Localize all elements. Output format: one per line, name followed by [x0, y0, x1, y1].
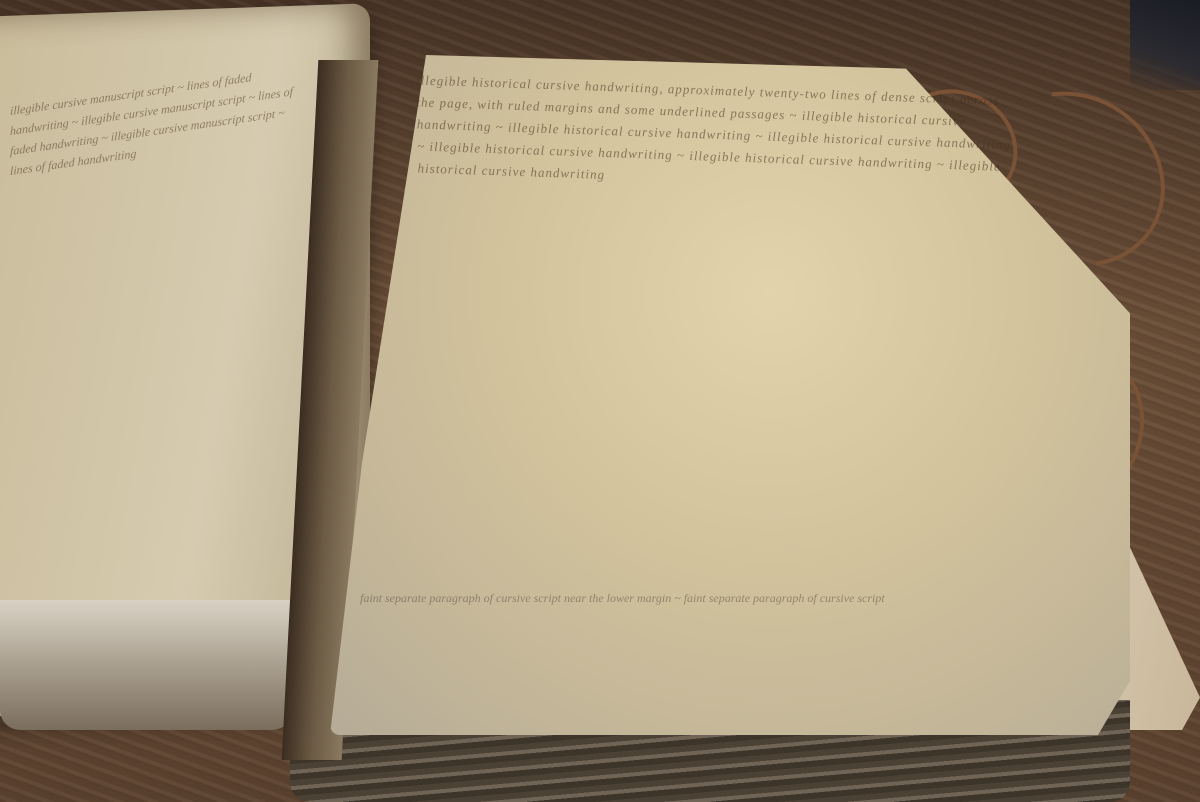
- photo-scene: illegible cursive manuscript script ~ li…: [0, 0, 1200, 802]
- dark-object-corner: [1130, 0, 1200, 90]
- right-page-bottom-note: faint separate paragraph of cursive scri…: [360, 585, 1060, 675]
- left-page-handwriting: illegible cursive manuscript script ~ li…: [10, 59, 310, 581]
- right-page-handwriting: illegible historical cursive handwriting…: [416, 69, 1024, 570]
- left-page-edge: [0, 600, 300, 730]
